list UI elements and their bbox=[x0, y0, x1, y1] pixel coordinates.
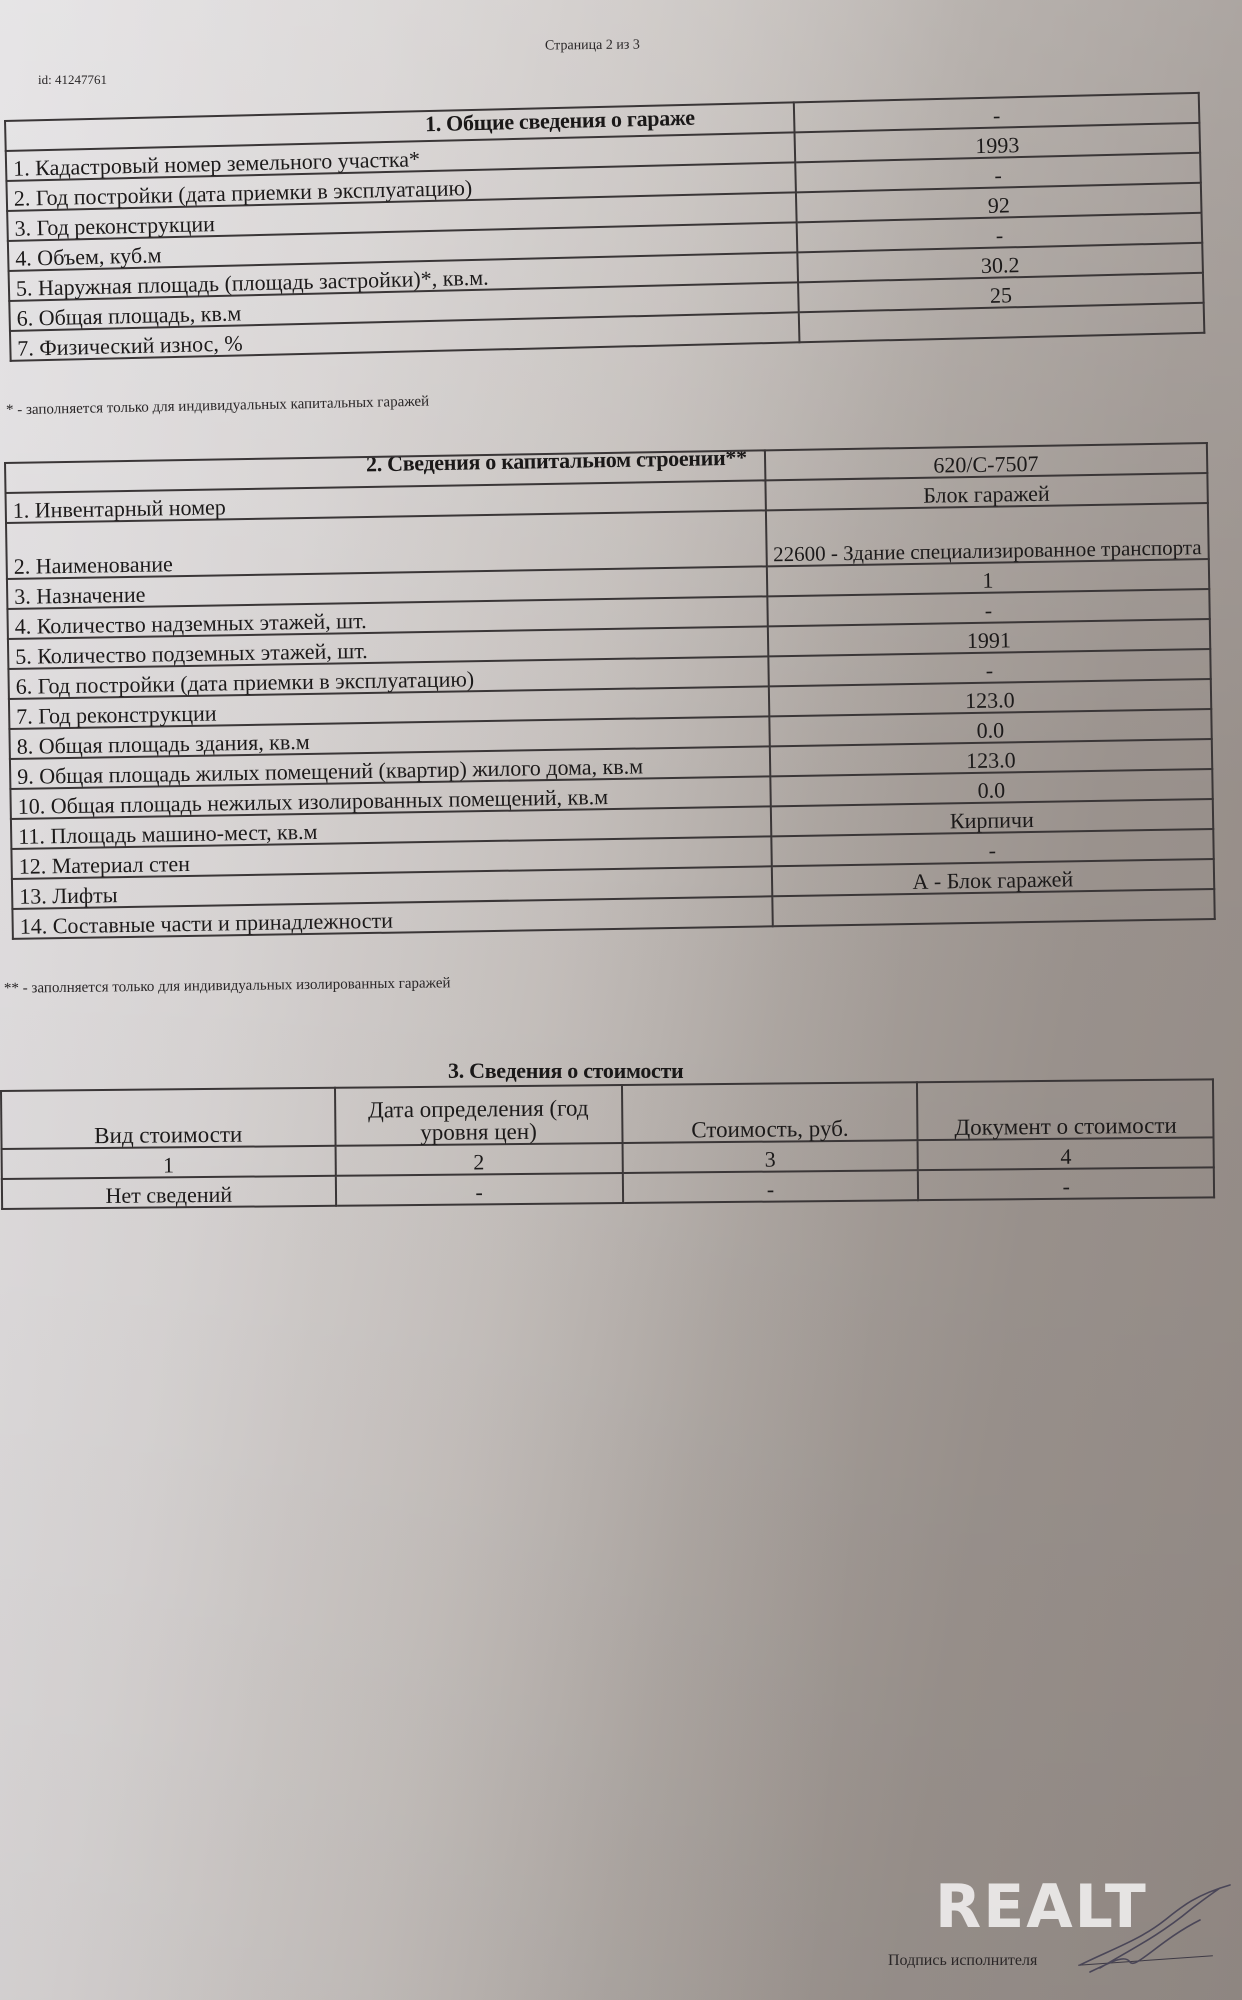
garage-general-info-table: -1. Кадастровый номер земельного участка… bbox=[4, 92, 1205, 362]
column-number: 3 bbox=[622, 1140, 918, 1173]
header-cost-document: Документ о стоимости bbox=[917, 1079, 1213, 1140]
header-cost-rub: Стоимость, руб. bbox=[622, 1082, 918, 1143]
cost-info-table: Вид стоимости Дата определения (год уров… bbox=[0, 1078, 1215, 1210]
capital-structure-table: 620/С-75071. Инвентарный номерБлок гараж… bbox=[4, 442, 1216, 940]
structure-field-value bbox=[772, 889, 1215, 926]
cost-table-header-row: Вид стоимости Дата определения (год уров… bbox=[1, 1079, 1214, 1149]
signature-label: Подпись исполнителя bbox=[888, 1952, 1037, 1970]
column-number: 4 bbox=[918, 1137, 1214, 1170]
document-id: id: 41247761 bbox=[38, 72, 107, 88]
header-valuation-date: Дата определения (год уровня цен) bbox=[335, 1085, 622, 1146]
section3-title: 3. Сведения о стоимости bbox=[448, 1058, 683, 1084]
section2-footnote: ** - заполняется только для индивидуальн… bbox=[4, 975, 451, 997]
column-number: 2 bbox=[335, 1143, 622, 1176]
page-indicator: Страница 2 из 3 bbox=[545, 38, 640, 55]
cost-value-cell: - bbox=[622, 1170, 918, 1203]
column-number: 1 bbox=[2, 1146, 336, 1179]
cost-type-cell: Нет сведений bbox=[2, 1176, 336, 1209]
structure-field-value: 22600 - Здание специализированное трансп… bbox=[765, 503, 1208, 566]
document-page: Страница 2 из 3 id: 41247761 1. Общие св… bbox=[0, 0, 1242, 2000]
cost-document-cell: - bbox=[918, 1167, 1214, 1200]
valuation-date-cell: - bbox=[336, 1173, 623, 1206]
signature-scribble-icon bbox=[1070, 1880, 1240, 1980]
section1-footnote: * - заполняется только для индивидуальны… bbox=[6, 394, 429, 420]
header-cost-type: Вид стоимости bbox=[1, 1088, 335, 1149]
